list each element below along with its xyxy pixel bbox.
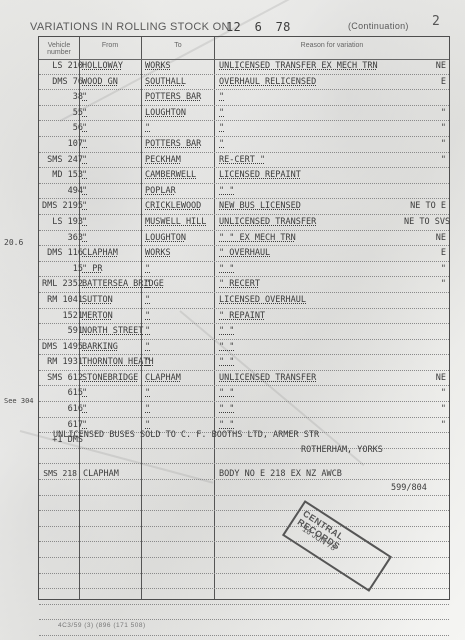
table-row: 363"LOUGHTON" " Ex MECH TRNNE — [39, 231, 449, 247]
vehicle-number-cell: 363 — [41, 233, 83, 243]
reason-cell: " " — [219, 186, 445, 196]
to-cell: WORKS — [145, 61, 211, 71]
category-code-cell: " — [404, 420, 446, 430]
vehicle-number-cell: 38 — [41, 92, 83, 102]
to-cell: " — [145, 420, 211, 430]
vehicle-number-cell: SMS 247 — [41, 155, 83, 165]
table-row: MD 153"CAMBERWELLLICENSED REPAINT — [39, 168, 449, 184]
vehicle-number-cell: 591 — [41, 326, 83, 336]
vehicle-number-cell: 56 — [41, 123, 83, 133]
margin-see-note: See 304 — [4, 397, 34, 405]
category-code-cell: NE — [404, 373, 446, 383]
table-row: DMS 116CLAPHAMWORKS" OVERHAULE — [39, 246, 449, 262]
vehicle-number-cell: DMS 76 — [41, 77, 83, 87]
table-row: 107"POTTERS BAR"" — [39, 137, 449, 153]
to-cell: " — [145, 342, 211, 352]
body-note-line2: 599/804 — [391, 483, 427, 493]
table-row: LS 210HOLLOWAYWORKSUNLICENSED TRANSFER E… — [39, 59, 449, 75]
category-code-cell: " — [404, 388, 446, 398]
header-to: To — [143, 42, 213, 49]
vehicle-number-cell: 494 — [41, 186, 83, 196]
reason-cell: LICENSED REPAINT — [219, 170, 445, 180]
body-note-vehicle: SMS 218 — [41, 469, 77, 478]
vehicle-number-cell: RML 2352 — [41, 279, 83, 289]
table-row: 616""" "" — [39, 402, 449, 418]
vehicle-number-cell: SMS 612 — [41, 373, 83, 383]
to-cell: " — [145, 311, 211, 321]
category-code-cell: NE to E — [404, 201, 446, 211]
category-code-cell: E — [404, 77, 446, 87]
form-title-line: VARIATIONS IN ROLLING STOCK ON 12 6 78 (… — [30, 21, 430, 37]
vehicle-number-cell: 616 — [41, 404, 83, 414]
body-note-from: CLAPHAM — [83, 469, 119, 479]
header-from: From — [81, 42, 139, 49]
table-row — [39, 511, 449, 527]
to-cell: POTTERS BAR — [145, 139, 211, 149]
to-cell: " — [145, 388, 211, 398]
reason-cell: " " — [219, 357, 445, 367]
table-row: LS 193"MUSWELL HILLUNLICENSED TRANSFERNE… — [39, 215, 449, 231]
vehicle-number-cell: LS 210 — [41, 61, 83, 71]
body-note-line1: BODY NO E 218 Ex NZ AWCB — [219, 469, 342, 479]
table-row: 591NORTH STREET"" " — [39, 324, 449, 340]
to-cell: LOUGHTON — [145, 233, 211, 243]
to-cell: POTTERS BAR — [145, 92, 211, 102]
table-row — [39, 574, 449, 590]
vehicle-number-cell: DMS 116 — [41, 248, 83, 258]
to-cell: " — [145, 295, 211, 305]
table-row — [39, 527, 449, 543]
to-cell: " — [145, 357, 211, 367]
to-cell: SOUTHALL — [145, 77, 211, 87]
vehicle-number-cell: MD 153 — [41, 170, 83, 180]
category-code-cell: " — [404, 155, 446, 165]
sale-note-line1: UNLICENSED BUSES SOLD TO C. F. BOOTHS LT… — [53, 430, 319, 440]
table-row: 55"LOUGHTON"" — [39, 106, 449, 122]
vehicle-number-cell: 1521 — [41, 311, 83, 321]
category-code-cell: " — [404, 123, 446, 133]
category-code-cell: NE — [404, 61, 446, 71]
to-cell: MUSWELL HILL — [145, 217, 211, 227]
vehicle-number-cell: 55 — [41, 108, 83, 118]
table-row — [39, 449, 449, 465]
vehicle-number-cell: 615 — [41, 388, 83, 398]
table-row: DMS 1495BARKING"" " — [39, 340, 449, 356]
page-number: 2 — [432, 14, 440, 29]
to-cell: " — [145, 404, 211, 414]
table-row: 494"POPLAR" " — [39, 184, 449, 200]
category-code-cell: E — [404, 248, 446, 258]
variations-table: Vehicle number From To Reason for variat… — [38, 36, 450, 600]
to-cell: POPLAR — [145, 186, 211, 196]
table-row — [39, 589, 449, 605]
table-row: 56"""" — [39, 121, 449, 137]
sale-note-line2: ROTHERHAM, YORKS — [301, 445, 383, 455]
to-cell: CAMBERWELL — [145, 170, 211, 180]
vehicle-number-cell: RM 1041 — [41, 295, 83, 305]
to-cell: " — [145, 123, 211, 133]
vehicle-number-cell: LS 193 — [41, 217, 83, 227]
vehicle-number-cell: DMS 2195 — [41, 201, 83, 211]
category-code-cell: NE — [404, 233, 446, 243]
vehicle-number-cell: RM 1931 — [41, 357, 83, 367]
table-row: DMS 76WOOD GNSOUTHALLOVERHAUL RELICENSED… — [39, 75, 449, 91]
to-cell: " — [145, 326, 211, 336]
margin-date-note: 20.6 — [4, 238, 23, 247]
table-row: SMS 247"PECKHAMRE-CERT "" — [39, 153, 449, 169]
to-cell: PECKHAM — [145, 155, 211, 165]
table-row — [39, 480, 449, 496]
table-row: RM 1931THORNTON HEATH"" " — [39, 355, 449, 371]
reason-cell: LICENSED OVERHAUL — [219, 295, 445, 305]
table-row: RM 1041SUTTON"LICENSED OVERHAUL — [39, 293, 449, 309]
reason-cell: " — [219, 92, 445, 102]
table-row: RML 2352BATTERSEA BRIDGE"" RECERT" — [39, 277, 449, 293]
table-row — [39, 605, 449, 621]
table-row: 615""" "" — [39, 386, 449, 402]
category-code-cell: " — [404, 279, 446, 289]
vehicle-number-cell: DMS 1495 — [41, 342, 83, 352]
to-cell: CLAPHAM — [145, 373, 211, 383]
category-code-cell: " — [404, 139, 446, 149]
category-code-cell: " — [404, 108, 446, 118]
vehicle-number-cell: 617 — [41, 420, 83, 430]
to-cell: LOUGHTON — [145, 108, 211, 118]
table-row: DMS 2195"CRICKLEWOODNEW BUS LICENSEDNE t… — [39, 199, 449, 215]
table-row — [39, 496, 449, 512]
header-reason: Reason for variation — [217, 42, 447, 49]
table-row: 15" PR"" "" — [39, 262, 449, 278]
reason-cell: " " — [219, 326, 445, 336]
reason-cell: " " — [219, 342, 445, 352]
to-cell: " — [145, 279, 211, 289]
table-row: 1521MERTON"" REPAINT — [39, 309, 449, 325]
header-vehicle-number: Vehicle number — [41, 42, 77, 56]
to-cell: WORKS — [145, 248, 211, 258]
category-code-cell: " — [404, 264, 446, 274]
table-header: Vehicle number From To Reason for variat… — [39, 37, 449, 60]
form-title: VARIATIONS IN ROLLING STOCK ON — [30, 21, 230, 33]
category-code-cell: " — [404, 404, 446, 414]
table-body: LS 210HOLLOWAYWORKSUNLICENSED TRANSFER E… — [39, 59, 449, 599]
vehicle-number-cell: 15 — [41, 264, 83, 274]
to-cell: " — [145, 264, 211, 274]
table-row: 38"POTTERS BAR" — [39, 90, 449, 106]
table-row: SMS 612STONEBRIDGECLAPHAMUNLICENSED TRAN… — [39, 371, 449, 387]
form-date: 12 6 78 — [226, 20, 291, 34]
reason-cell: " REPAINT — [219, 311, 445, 321]
to-cell: CRICKLEWOOD — [145, 201, 211, 211]
form-footer-code: 4C3/59 (3) (896 (171 508) — [58, 622, 146, 629]
category-code-cell: NE to SVS — [404, 217, 446, 227]
vehicle-number-cell: 107 — [41, 139, 83, 149]
continuation-label: (Continuation) — [348, 21, 409, 31]
